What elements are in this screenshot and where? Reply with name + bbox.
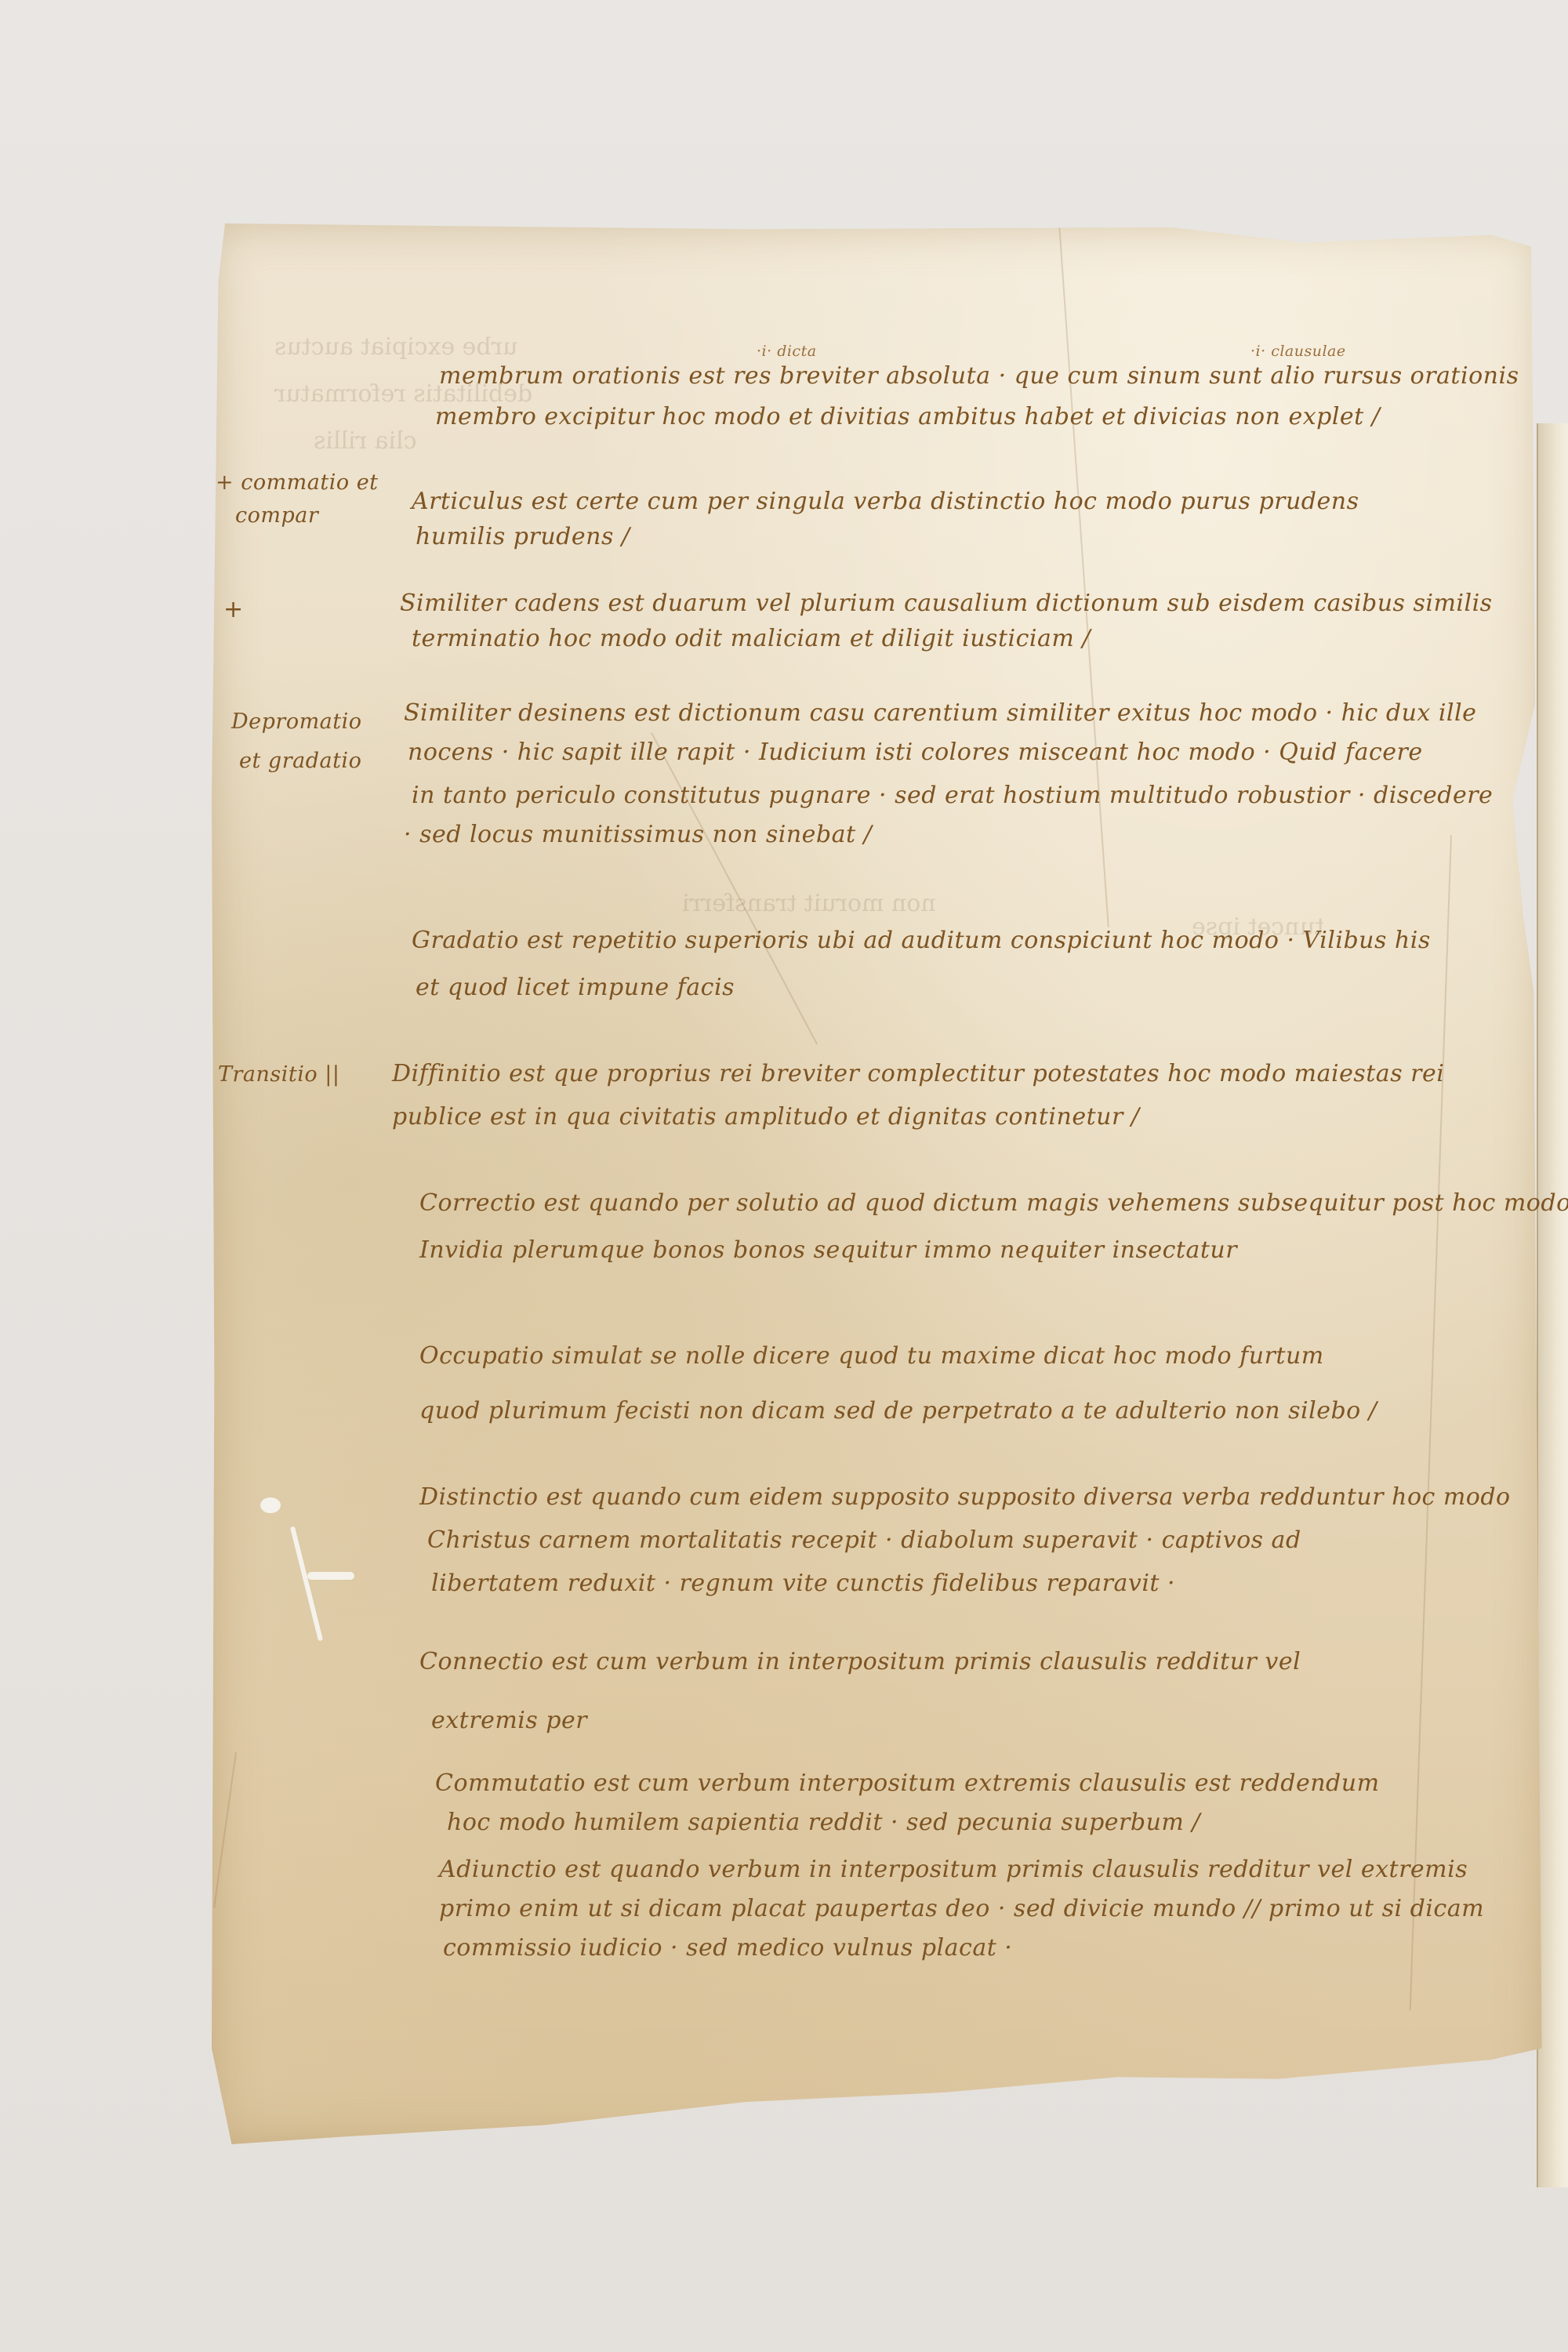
text-line: nocens · hic sapit ille rapit · Iudicium… (408, 741, 1423, 764)
margin-note: Transitio || (218, 1062, 339, 1087)
text-line: Similiter desinens est dictionum casu ca… (404, 702, 1476, 725)
verso-showthrough: non moruit transferri (682, 890, 936, 917)
verso-showthrough: urbe excipiat auctus (274, 333, 517, 361)
text-line: Similiter cadens est duarum vel plurium … (400, 592, 1493, 615)
text-line: Correctio est quando per solutio ad quod… (419, 1192, 1568, 1215)
text-line: membro excipitur hoc modo et divitias am… (435, 405, 1380, 429)
text-line: commissio iudicio · sed medico vulnus pl… (443, 1936, 1012, 1960)
margin-cross: + (223, 596, 243, 623)
verso-showthrough: clia rillis (314, 427, 417, 455)
text-line: primo enim ut si dicam placat paupertas … (439, 1897, 1484, 1921)
margin-note: Depromatio (231, 710, 362, 735)
wax-spot (260, 1497, 281, 1513)
text-line: extremis per (431, 1709, 587, 1733)
text-line: membrum orationis est res breviter absol… (439, 365, 1519, 388)
margin-note: et gradatio (239, 749, 361, 774)
crease-line (1058, 223, 1109, 927)
text-line: Occupatio simulat se nolle dicere quod t… (419, 1345, 1324, 1368)
text-line: hoc modo humilem sapientia reddit · sed … (447, 1811, 1200, 1835)
text-line: Articulus est certe cum per singula verb… (412, 490, 1359, 514)
underlying-leaf-edge (1537, 423, 1568, 2187)
text-line: Invidia plerumque bonos bonos sequitur i… (419, 1239, 1237, 1262)
text-line: in tanto periculo constitutus pugnare · … (412, 784, 1493, 808)
crease-line (213, 1752, 237, 1907)
text-line: Adiunctio est quando verbum in interposi… (439, 1858, 1468, 1882)
text-line: Gradatio est repetitio superioris ubi ad… (412, 929, 1431, 953)
text-line: Distinctio est quando cum eidem supposit… (419, 1486, 1511, 1509)
margin-note: compar (235, 503, 318, 528)
text-line: et quod licet impune facis (416, 976, 735, 1000)
crease-line (1410, 835, 1452, 2010)
text-line: humilis prudens / (416, 525, 630, 549)
text-line: quod plurimum fecisti non dicam sed de p… (419, 1399, 1377, 1423)
text-line: libertatem reduxit · regnum vite cunctis… (431, 1572, 1175, 1595)
margin-note: + commatio et (216, 470, 379, 495)
wax-spot (290, 1526, 323, 1642)
wax-spot (307, 1572, 354, 1580)
interlinear-gloss: ·i· dicta (757, 343, 817, 360)
text-line: Christus carnem mortalitatis recepit · d… (427, 1529, 1301, 1552)
text-line: terminatio hoc modo odit maliciam et dil… (412, 627, 1091, 651)
text-line: Commutatio est cum verbum interpositum e… (435, 1772, 1380, 1795)
text-line: Diffinitio est que proprius rei breviter… (392, 1062, 1444, 1086)
interlinear-gloss: ·i· clausulae (1250, 343, 1346, 360)
text-line: · sed locus munitissimus non sinebat / (404, 823, 872, 847)
text-line: Connectio est cum verbum in interpositum… (419, 1650, 1301, 1674)
text-line: publice est in qua civitatis amplitudo e… (392, 1105, 1139, 1129)
